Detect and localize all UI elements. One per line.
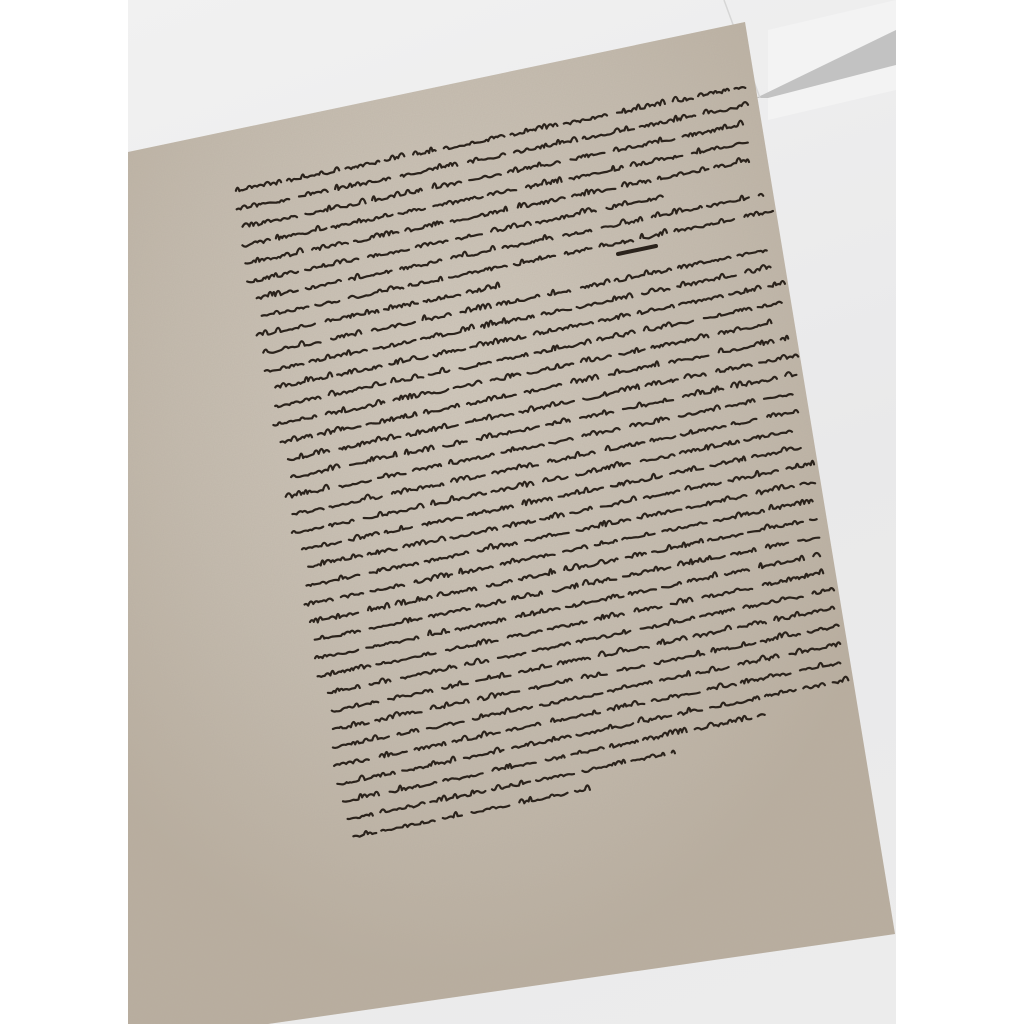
photo-frame (128, 0, 896, 1024)
manuscript-page (128, 0, 896, 1024)
